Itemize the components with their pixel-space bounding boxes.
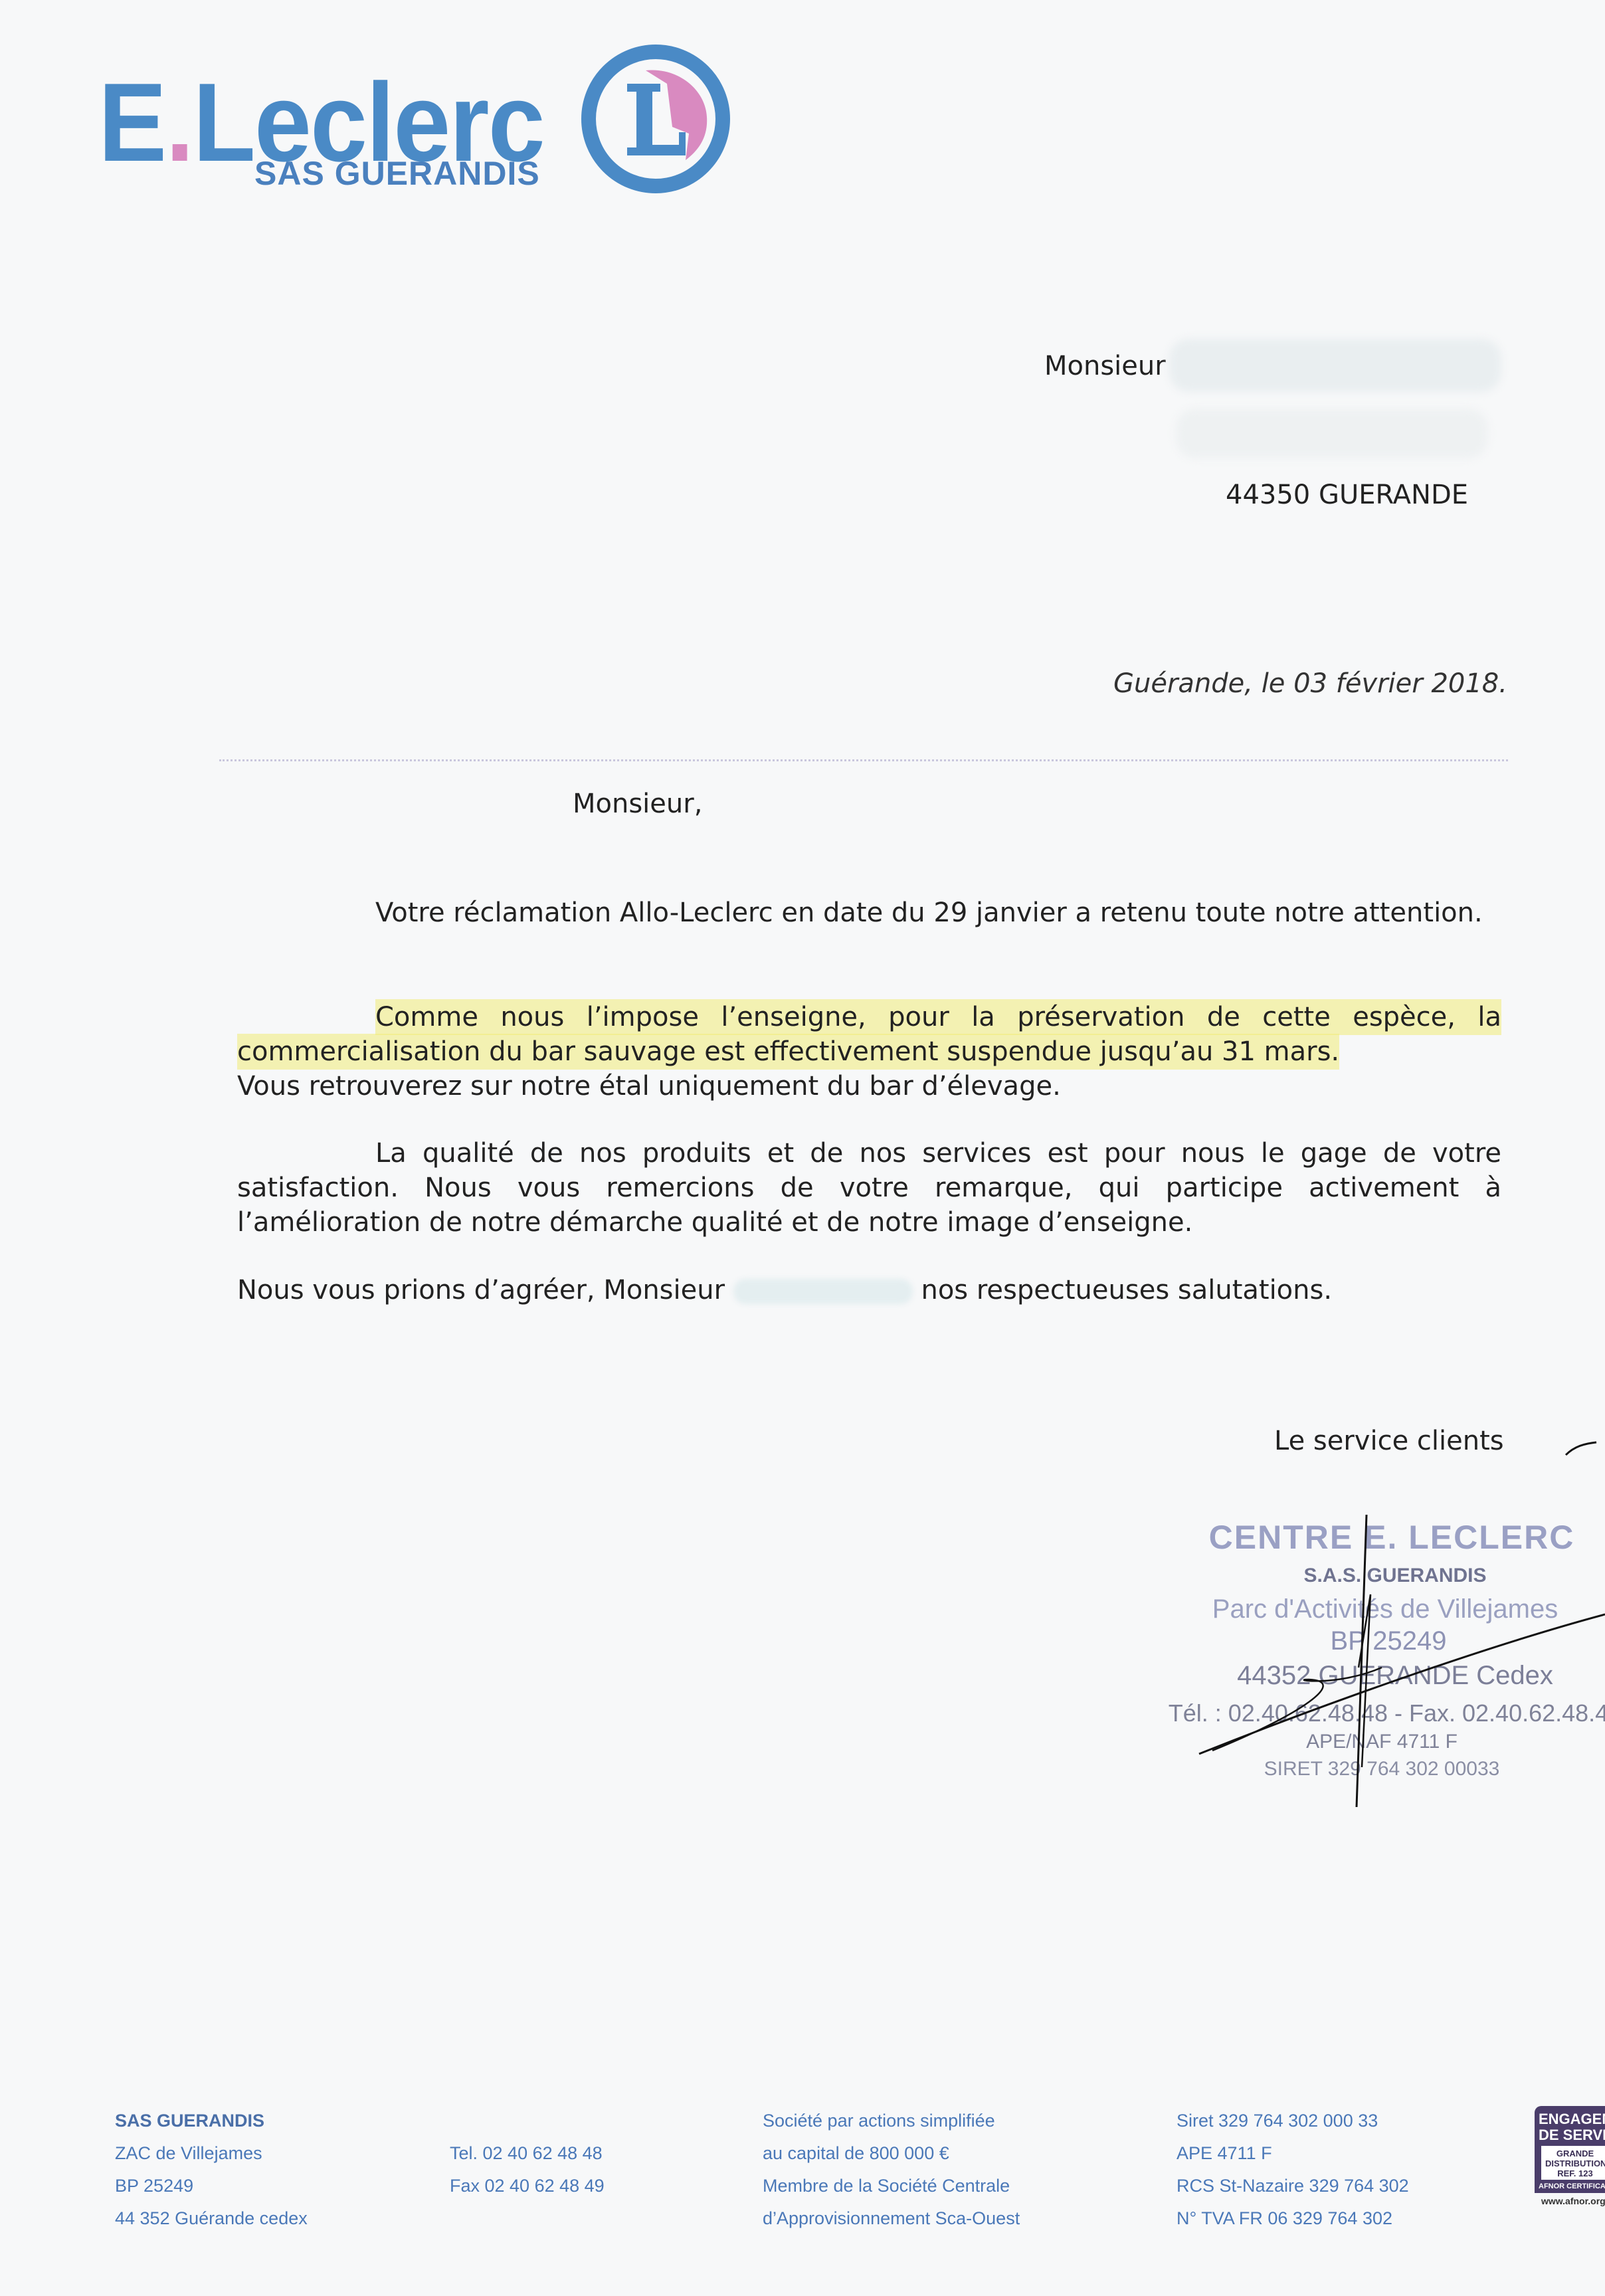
- closing-after: nos respectueuses salutations.: [921, 1275, 1332, 1305]
- paragraph-2: Comme nous l’impose l’enseigne, pour la …: [237, 1000, 1501, 1103]
- recipient-city: 44350 GUERANDE: [1226, 480, 1468, 510]
- footer-line: Siret 329 764 302 000 33: [1177, 2105, 1409, 2137]
- afnor-inner-3: REF. 123: [1545, 2168, 1605, 2178]
- footer-phone: Tel. 02 40 62 48 48: [450, 2137, 605, 2170]
- brand-initial: E: [98, 60, 165, 185]
- afnor-certification-badge: ENGAGEMENT DE SERVICE GRANDE DISTRIBUTIO…: [1535, 2106, 1605, 2232]
- redacted-recipient-name: [1169, 339, 1501, 392]
- footer-line: APE 4711 F: [1177, 2137, 1409, 2170]
- signoff: Le service clients: [1274, 1426, 1504, 1456]
- afnor-inner-2: DISTRIBUTION: [1545, 2158, 1605, 2168]
- paragraph-3: La qualité de nos produits et de nos ser…: [237, 1136, 1501, 1240]
- afnor-cert: AFNOR CERTIFICATION: [1539, 2182, 1605, 2190]
- footer-legal: Société par actions simplifiée au capita…: [763, 2105, 1020, 2235]
- afnor-line-1: ENGAGEMENT: [1539, 2111, 1605, 2127]
- footer-line: RCS St-Nazaire 329 764 302: [1177, 2170, 1409, 2202]
- footer-line: BP 25249: [115, 2170, 308, 2202]
- brand-subtitle: SAS GUERANDIS: [254, 154, 540, 193]
- letter-salutation: Monsieur,: [573, 787, 702, 821]
- closing-before: Nous vous prions d’agréer, Monsieur: [237, 1275, 725, 1305]
- afnor-inner-1: GRANDE: [1545, 2149, 1605, 2158]
- brand-dot: .: [165, 60, 193, 185]
- footer-company: SAS GUERANDIS: [115, 2105, 308, 2137]
- letter-date: Guérande, le 03 février 2018.: [1113, 668, 1507, 699]
- closing-paragraph: Nous vous prions d’agréer, Monsieur nos …: [237, 1273, 1332, 1307]
- footer-address: SAS GUERANDIS ZAC de Villejames BP 25249…: [115, 2105, 308, 2235]
- afnor-line-2: DE SERVICE: [1539, 2127, 1605, 2143]
- redacted-recipient-street: [1176, 409, 1488, 458]
- afnor-url: www.afnor.org: [1535, 2196, 1605, 2206]
- footer-line: au capital de 800 000 €: [763, 2137, 1020, 2170]
- footer-line: Société par actions simplifiée: [763, 2105, 1020, 2137]
- footer-line: N° TVA FR 06 329 764 302: [1177, 2202, 1409, 2235]
- recipient-salutation: Monsieur: [1044, 351, 1166, 381]
- leclerc-logo-icon: [579, 44, 732, 194]
- footer-line: d’Approvisionnement Sca-Ouest: [763, 2202, 1020, 2235]
- paragraph-2-text: Vous retrouverez sur notre étal uniqueme…: [237, 1071, 1061, 1101]
- faint-divider: [219, 759, 1508, 761]
- footer-line: 44 352 Guérande cedex: [115, 2202, 308, 2235]
- redacted-name: [733, 1279, 913, 1304]
- highlighted-text: Comme nous l’impose l’enseigne, pour la …: [237, 999, 1501, 1070]
- footer-line: ZAC de Villejames: [115, 2137, 308, 2170]
- footer-fax: Fax 02 40 62 48 49: [450, 2170, 605, 2202]
- footer-line: Membre de la Société Centrale: [763, 2170, 1020, 2202]
- signature-icon: [1182, 1508, 1605, 1814]
- footer-registration: Siret 329 764 302 000 33 APE 4711 F RCS …: [1177, 2105, 1409, 2235]
- footer-contact: Tel. 02 40 62 48 48 Fax 02 40 62 48 49: [450, 2137, 605, 2202]
- paragraph-3-text: La qualité de nos produits et de nos ser…: [237, 1138, 1501, 1238]
- paragraph-1-text: Votre réclamation Allo-Leclerc en date d…: [375, 898, 1483, 928]
- pen-mark-icon: [1564, 1438, 1598, 1458]
- paragraph-1: Votre réclamation Allo-Leclerc en date d…: [237, 896, 1501, 930]
